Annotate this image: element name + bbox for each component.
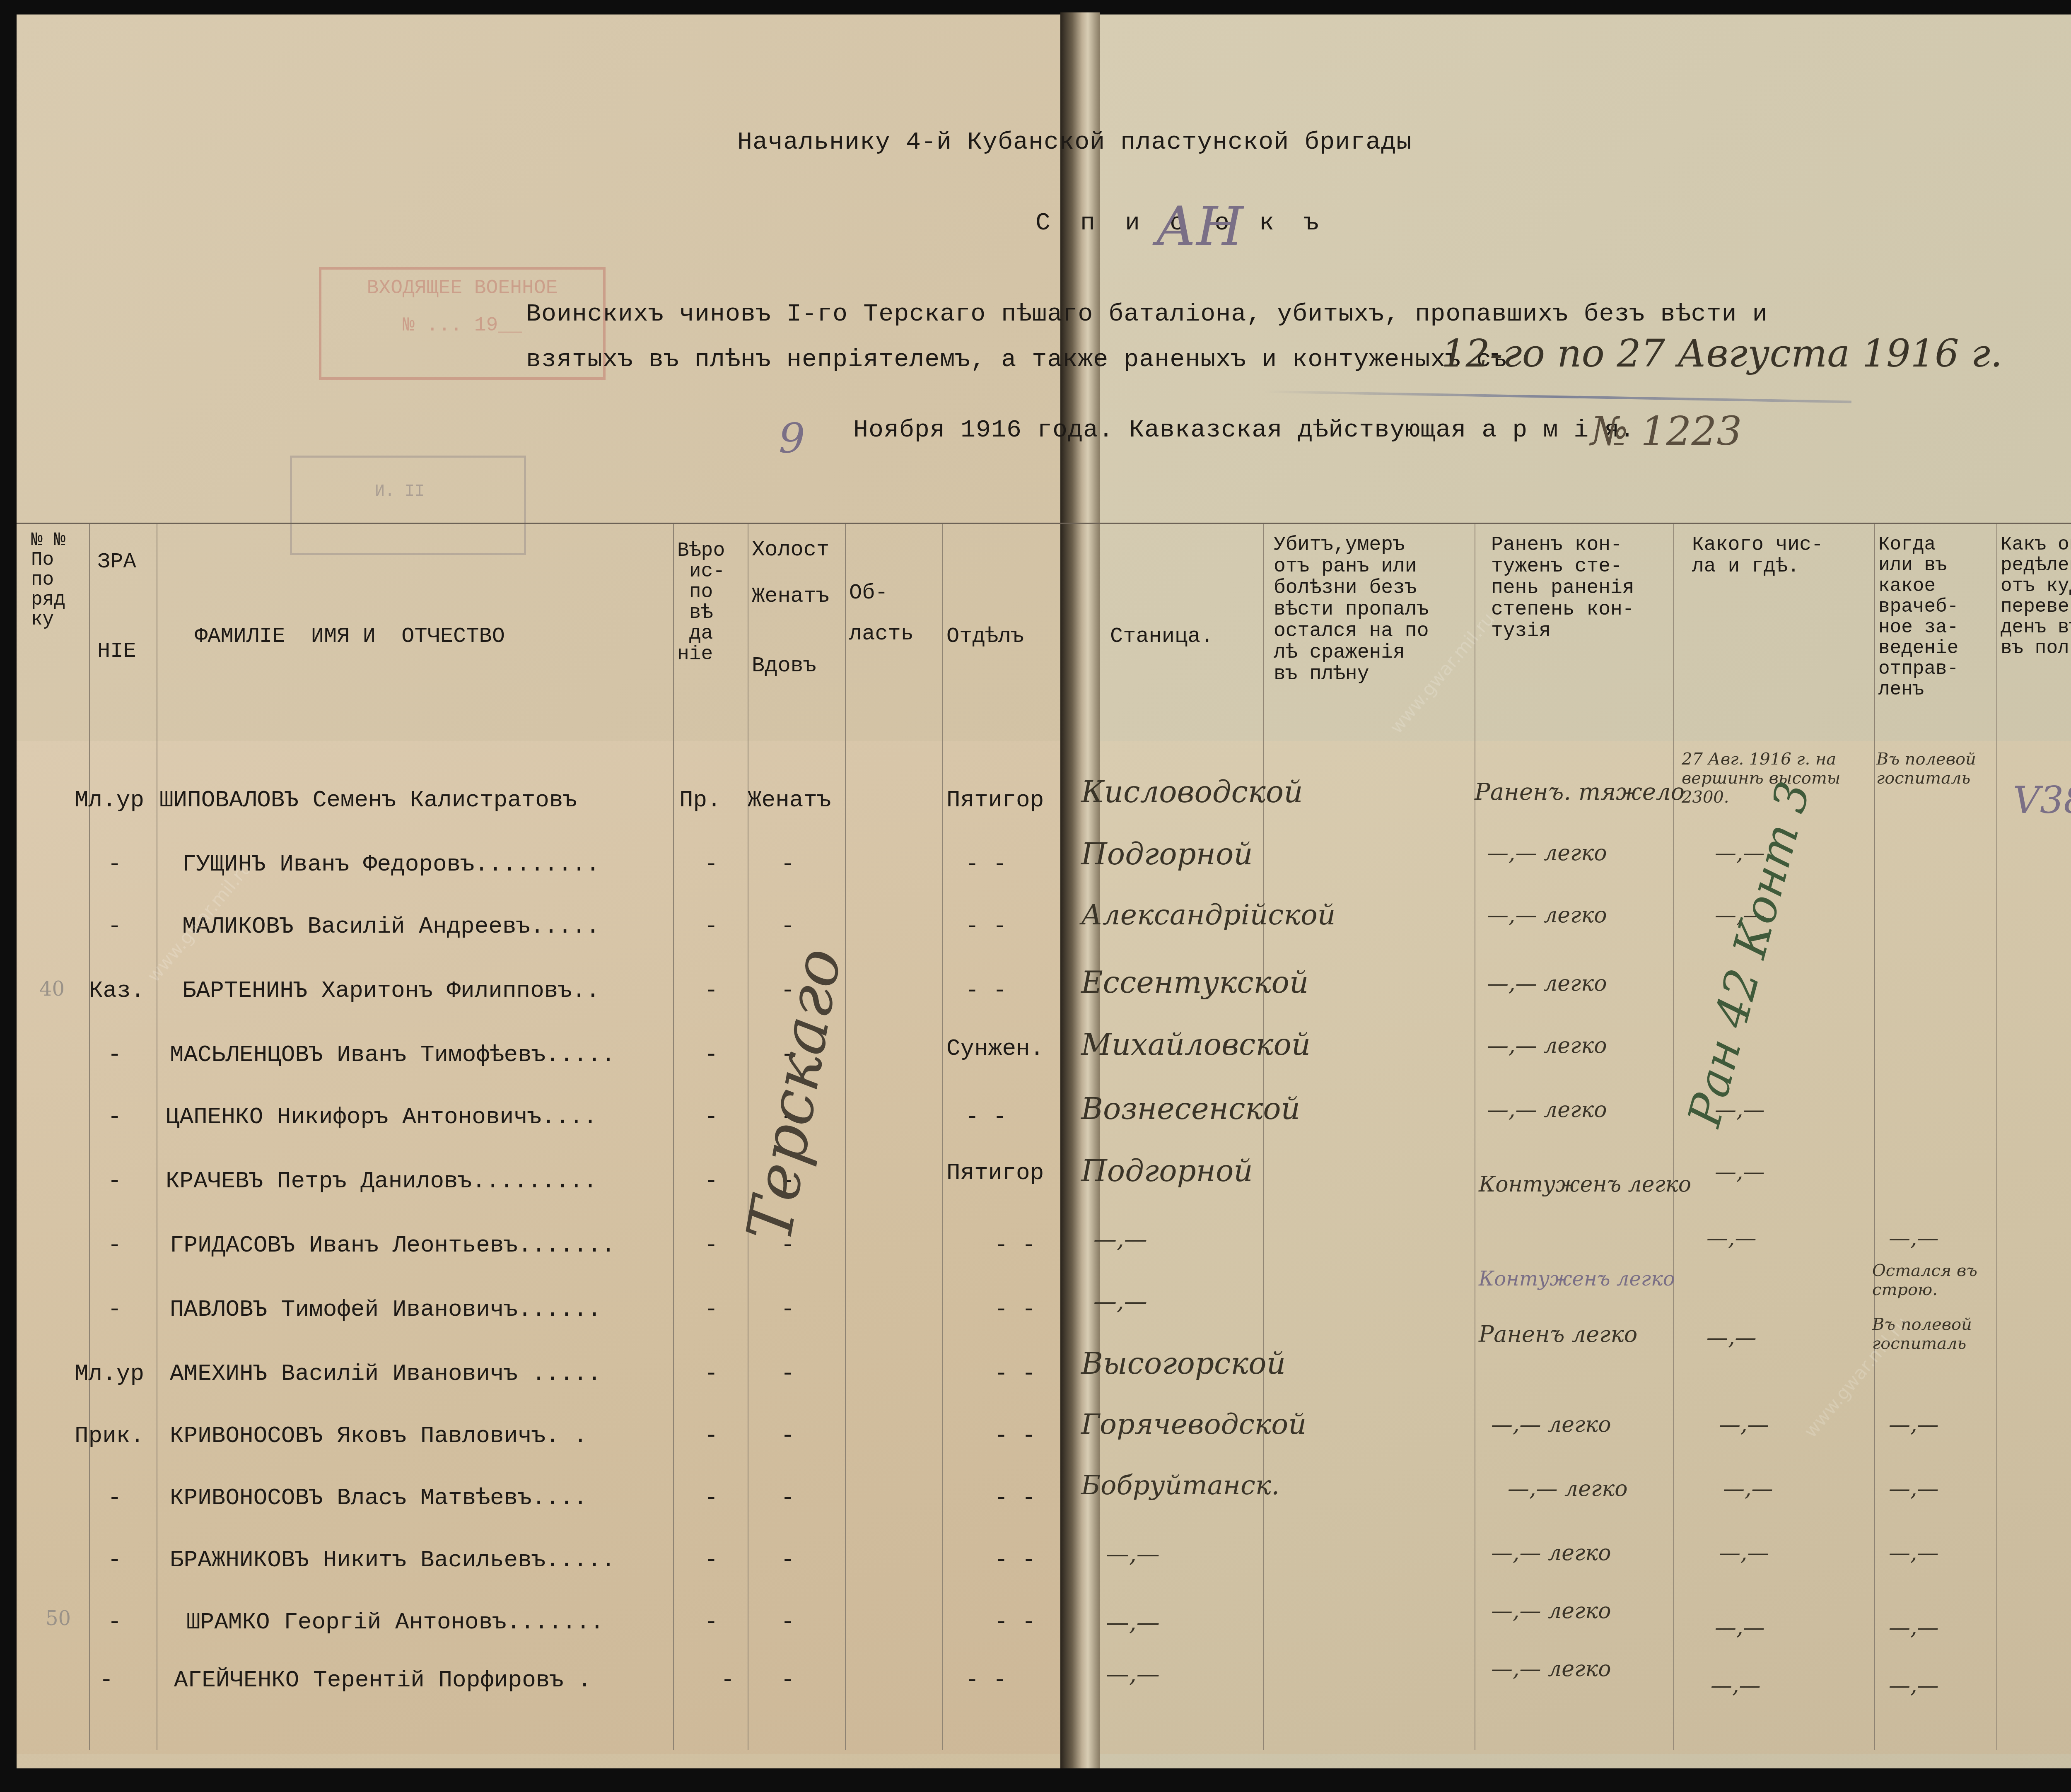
- cell-hospital: —,—: [1889, 1541, 1939, 1565]
- cell-name: КРИВОНОСОВЪ Яковъ Павловичъ. .: [170, 1423, 587, 1449]
- cell-department: - -: [994, 1232, 1036, 1259]
- cell-village: Горячеводской: [1081, 1408, 1306, 1441]
- header-num: № № По по ряд ку: [31, 530, 65, 629]
- cell-date-place: —,—: [1719, 1541, 1769, 1565]
- cell-rank: Мл.ур: [75, 1360, 144, 1387]
- cell-name: ЦАПЕНКО Никифоръ Антоновичъ....: [166, 1104, 597, 1130]
- cell-name: АГЕЙЧЕНКО Терентiй Порфировъ .: [174, 1667, 591, 1693]
- book-spine: [1060, 12, 1100, 1768]
- cell-marital: -: [781, 1296, 795, 1323]
- header-marital: Холост Женатъ Вдовъ: [752, 538, 829, 678]
- col-divider: [673, 524, 674, 1750]
- cell-village: —,—: [1106, 1609, 1160, 1636]
- cell-religion: -: [704, 1547, 718, 1573]
- cell-hospital: —,—: [1889, 1476, 1939, 1501]
- cell-name: ПАВЛОВЪ Тимофей Ивановичъ......: [170, 1296, 601, 1323]
- cell-rank: Мл.ур: [75, 787, 144, 813]
- cell-wounded: Контуженъ легко: [1479, 1172, 1691, 1197]
- cell-wounded: Контуженъ легко: [1479, 1267, 1675, 1290]
- header-region: Об- ласть: [849, 586, 914, 641]
- header-hospital: Когда или въ какое врачеб- ное за- веден…: [1878, 534, 1958, 700]
- subtitle-line-1: Воинскихъ чиновъ I-го Терскаго пѣшаго ба…: [526, 300, 1767, 328]
- cell-religion: -: [704, 1168, 718, 1194]
- header-wounded: Раненъ кон- туженъ сте- пень раненiя сте…: [1491, 534, 1634, 642]
- cell-date-place: —,—: [1719, 1412, 1769, 1437]
- cell-wounded: —,— легко: [1487, 841, 1607, 866]
- cell-rank: -: [108, 1042, 122, 1068]
- cell-date-place: —,—: [1707, 1325, 1757, 1350]
- cell-wounded: —,— легко: [1491, 1541, 1611, 1565]
- gray-stamp: И. II: [290, 456, 526, 555]
- cell-wounded: Раненъ легко: [1479, 1321, 1637, 1347]
- col-divider: [942, 524, 943, 1750]
- cell-date-place: —,—: [1715, 1160, 1765, 1184]
- col-divider: [748, 524, 748, 1750]
- cell-village: Подгорной: [1081, 1153, 1253, 1188]
- cell-religion: -: [704, 1423, 718, 1449]
- period-handwritten: 12-го по 27 Августа 1916 г.: [1441, 331, 2003, 376]
- header-village: Станица.: [1110, 625, 1214, 648]
- cell-village: Ессентукской: [1081, 965, 1308, 1000]
- cell-department: - -: [994, 1485, 1036, 1511]
- cell-village: Высогорской: [1081, 1346, 1286, 1381]
- cell-religion: -: [721, 1667, 735, 1693]
- cell-department: - -: [994, 1423, 1036, 1449]
- cell-religion: -: [704, 1232, 718, 1259]
- cell-marital: -: [781, 1485, 795, 1511]
- cell-name: АМЕХИНЪ Василiй Ивановичъ .....: [170, 1360, 601, 1387]
- table-top-border: [17, 523, 2071, 524]
- document-number: № 1223: [1591, 408, 1742, 454]
- cell-hospital: —,—: [1889, 1615, 1939, 1640]
- cell-marital: -: [781, 1423, 795, 1449]
- cell-rank: Прик.: [75, 1423, 144, 1449]
- addressee: Начальнику 4-й Кубанской пластунской бри…: [737, 128, 1412, 157]
- cell-village: Михайловской: [1081, 1027, 1311, 1062]
- cell-wounded: —,— легко: [1491, 1599, 1611, 1623]
- header-name: ФАМИЛIЕ ИМЯ И ОТЧЕСТВО: [195, 625, 505, 648]
- cell-department: - -: [965, 1667, 1007, 1693]
- cell-religion: Пр.: [679, 787, 721, 813]
- cell-village: Бобруйтанск.: [1081, 1470, 1279, 1501]
- header-department: Отдѣлъ: [946, 625, 1024, 648]
- cell-name: МАЛИКОВЪ Василiй Андреевъ.....: [182, 913, 600, 940]
- cell-hospital: —,—: [1889, 1226, 1939, 1251]
- cell-name: ШРАМКО Георгiй Антоновъ.......: [186, 1609, 604, 1635]
- cell-marital: -: [781, 1360, 795, 1387]
- cell-department: - -: [965, 851, 1007, 878]
- cell-rank: -: [108, 851, 122, 878]
- cell-name: ШИПОВАЛОВЪ Семенъ Калистратовъ: [159, 787, 577, 813]
- cell-religion: -: [704, 1485, 718, 1511]
- cell-village: Вознесенской: [1081, 1091, 1300, 1126]
- cell-marital: Женатъ: [748, 787, 831, 813]
- header-date-place: Какого чис- ла и гдѣ.: [1692, 534, 1823, 577]
- col-divider: [845, 524, 846, 1750]
- cell-marital: -: [781, 1609, 795, 1635]
- header-transfer: Какъ оп- редѣленъ отъ куда переве- денъ …: [2001, 534, 2071, 658]
- header-religion: Вѣро ис- по вѣ да нiе: [677, 540, 725, 665]
- cell-wounded: —,— легко: [1491, 1412, 1611, 1437]
- cell-village: —,—: [1106, 1661, 1160, 1688]
- date-day-handwritten: 9: [779, 414, 805, 463]
- cell-name: МАСЬЛЕНЦОВЪ Иванъ Тимофѣевъ.....: [170, 1042, 615, 1068]
- margin-number-50: 50: [46, 1607, 71, 1630]
- cell-marital: -: [781, 913, 795, 940]
- date-line: Ноября 1916 года. Кавказская дѣйствующая…: [853, 416, 1635, 444]
- cell-village: Кисловодской: [1081, 774, 1303, 809]
- cell-wounded: —,— легко: [1487, 1097, 1607, 1122]
- cell-date-place: —,—: [1711, 1673, 1761, 1698]
- cell-rank: -: [108, 1168, 122, 1194]
- cell-name: КРАЧЕВЪ Петръ Даниловъ.........: [166, 1168, 597, 1194]
- cell-department: - -: [994, 1360, 1036, 1387]
- cell-hospital: Въ полевой госпиталь: [1876, 750, 1996, 788]
- cell-name: БАРТЕНИНЪ Харитонъ Филипповъ..: [182, 977, 600, 1004]
- cell-wounded: —,— легко: [1491, 1657, 1611, 1681]
- cell-village: Подгорной: [1081, 837, 1253, 871]
- cell-wounded: Раненъ. тяжело: [1475, 779, 1685, 806]
- cell-rank: -: [108, 1609, 122, 1635]
- cell-village: —,—: [1093, 1288, 1147, 1315]
- cell-name: КРИВОНОСОВЪ Власъ Матвѣевъ....: [170, 1485, 587, 1511]
- cell-religion: -: [704, 1104, 718, 1130]
- cell-date-place: —,—: [1715, 1615, 1765, 1640]
- col-divider: [1263, 524, 1264, 1750]
- cell-name: ГРИДАСОВЪ Иванъ Леонтьевъ.......: [170, 1232, 615, 1259]
- cell-hospital: —,—: [1889, 1673, 1939, 1698]
- cell-religion: -: [704, 1609, 718, 1635]
- cell-hospital: Остался въ строю.: [1872, 1261, 1992, 1299]
- gray-stamp-text: И. II: [375, 482, 425, 501]
- col-divider: [1475, 524, 1475, 1750]
- cell-department: Сунжен.: [946, 1035, 1044, 1062]
- cell-marital: -: [781, 1667, 795, 1693]
- cell-religion: -: [704, 1296, 718, 1323]
- cell-wounded: —,— легко: [1487, 971, 1607, 996]
- cell-marital: -: [781, 1547, 795, 1573]
- cell-name: БРАЖНИКОВЪ Никитъ Васильевъ.....: [170, 1547, 615, 1573]
- cell-rank: -: [108, 1104, 122, 1130]
- cell-department: Пятигор: [946, 1160, 1044, 1186]
- cell-wounded: —,— легко: [1508, 1476, 1628, 1501]
- cell-rank: -: [108, 1232, 122, 1259]
- cell-department: - -: [994, 1609, 1036, 1635]
- cell-village: —,—: [1093, 1226, 1147, 1253]
- cell-department: - -: [965, 977, 1007, 1004]
- cell-department: Пятигор: [946, 787, 1044, 813]
- cell-religion: -: [704, 913, 718, 940]
- cell-rank: -: [99, 1667, 113, 1693]
- cell-department: - -: [965, 913, 1007, 940]
- title-annotation: АН: [1156, 195, 1243, 258]
- cell-rank: Каз.: [89, 977, 145, 1004]
- cell-rank: -: [108, 1296, 122, 1323]
- cell-hospital: —,—: [1889, 1412, 1939, 1437]
- margin-number-40: 40: [39, 977, 65, 1001]
- cell-rank: -: [108, 1547, 122, 1573]
- cell-date-place: —,—: [1707, 1226, 1757, 1251]
- subtitle-line-2: взятыхъ въ плѣнъ непріятелемъ, а также р…: [526, 346, 1507, 374]
- cell-department: - -: [994, 1296, 1036, 1323]
- cell-department: - -: [994, 1547, 1036, 1573]
- col-divider: [1673, 524, 1674, 1750]
- cell-religion: -: [704, 1042, 718, 1068]
- cell-religion: -: [704, 1360, 718, 1387]
- cell-village: Александрiйской: [1081, 899, 1336, 931]
- cell-religion: -: [704, 977, 718, 1004]
- header-rank: ЗРА НIЕ: [97, 551, 136, 663]
- header-killed: Убитъ,умеръ отъ ранъ или болѣзни безъ вѣ…: [1274, 534, 1429, 685]
- cell-religion: -: [704, 851, 718, 878]
- cell-rank: -: [108, 913, 122, 940]
- cell-village: —,—: [1106, 1541, 1160, 1568]
- col-divider: [157, 524, 157, 1750]
- col-divider: [1874, 524, 1875, 1750]
- cell-wounded: —,— легко: [1487, 903, 1607, 928]
- cell-date-place: —,—: [1723, 1476, 1773, 1501]
- cell-department: - -: [965, 1104, 1007, 1130]
- col-divider: [89, 524, 90, 1750]
- cell-rank: -: [108, 1485, 122, 1511]
- col-divider: [1996, 524, 1997, 1750]
- cell-wounded: —,— легко: [1487, 1033, 1607, 1058]
- cell-marital: -: [781, 851, 795, 878]
- cell-transfer: V38: [2013, 779, 2071, 822]
